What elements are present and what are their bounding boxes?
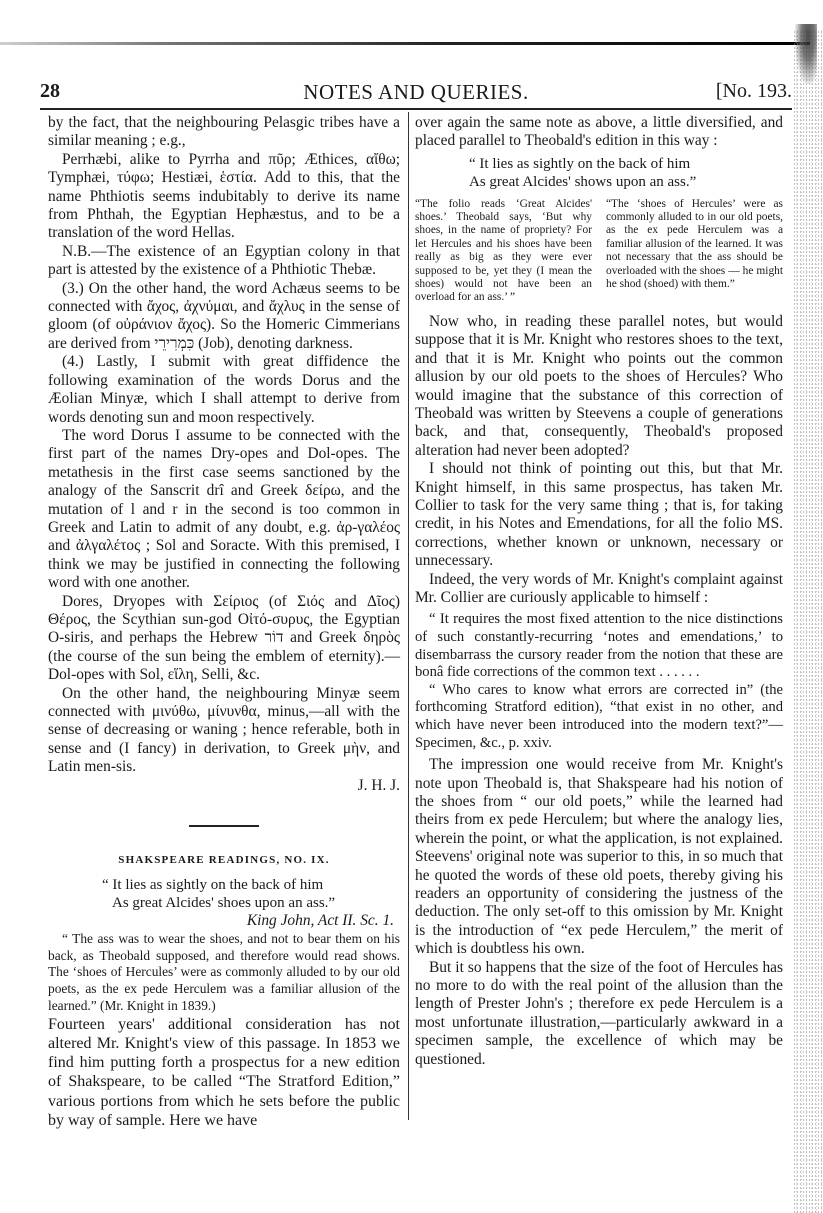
paragraph: by the fact, that the neighbouring Pelas… [48,114,400,151]
parallel-note-knight: “The ‘shoes of Hercules’ were as commonl… [606,198,783,305]
paragraph: Perrhæbi, alike to Pyrrha and πῦρ; Æthic… [48,151,400,243]
section-divider [189,825,259,827]
verse-citation: King John, Act II. Sc. 1. [48,912,394,930]
parallel-note-theobald: “The folio reads ‘Great Alcides' shoes.’… [415,198,592,305]
verse-line: “ It lies as sightly on the back of him [469,155,783,173]
section-title: SHAKSPEARE READINGS, NO. IX. [48,851,400,869]
header-rule [40,108,792,110]
verse-quote: “ It lies as sightly on the back of him … [102,877,400,912]
paragraph: (4.) Lastly, I submit with great diffide… [48,353,400,427]
right-column: over again the same note as above, a lit… [415,114,783,1069]
paragraph: I should not think of pointing out this,… [415,460,783,570]
top-page-rule [0,42,810,45]
verse-line: As great Alcides' shows upon an ass.” [469,173,783,191]
paragraph: over again the same note as above, a lit… [415,114,783,151]
paragraph: Indeed, the very words of Mr. Knight's c… [415,571,783,608]
verse-quote: “ It lies as sightly on the back of him … [469,155,783,192]
running-header: 28 NOTES AND QUERIES. [No. 193. [40,80,792,106]
paragraph: The impression one would receive from Mr… [415,756,783,958]
quote-paragraph: “ Who cares to know what errors are corr… [415,682,783,752]
scanned-page-shadow [795,24,817,84]
paragraph: N.B.—The existence of an Egyptian colony… [48,243,400,280]
paragraph: But it so happens that the size of the f… [415,959,783,1069]
issue-number: [No. 193. [716,80,792,103]
quoted-note: “ The ass was to wear the shoes, and not… [48,931,400,1015]
paragraph: (3.) On the other hand, the word Achæus … [48,280,400,354]
signature-line: J. H. J. [48,777,400,795]
paragraph: Now who, in reading these parallel notes… [415,313,783,460]
author-signature: J. H. J. [358,777,400,795]
column-divider [408,112,409,1120]
paragraph: On the other hand, the neighbouring Miny… [48,685,400,777]
journal-title: NOTES AND QUERIES. [40,80,792,105]
parallel-notes: “The folio reads ‘Great Alcides' shoes.’… [415,198,783,305]
left-column: by the fact, that the neighbouring Pelas… [48,114,400,1130]
paragraph: Fourteen years' additional consideration… [48,1015,400,1130]
quote-paragraph: “ It requires the most fixed attention t… [415,611,783,681]
verse-line: As great Alcides' shoes upon an ass.” [102,895,400,913]
block-quote: “ It requires the most fixed attention t… [415,611,783,752]
verse-line: “ It lies as sightly on the back of him [102,877,400,895]
paragraph: The word Dorus I assume to be connected … [48,427,400,593]
paragraph: Dores, Dryopes with Σείριος (of Σιός and… [48,593,400,685]
scanned-page-edge [793,30,823,1213]
